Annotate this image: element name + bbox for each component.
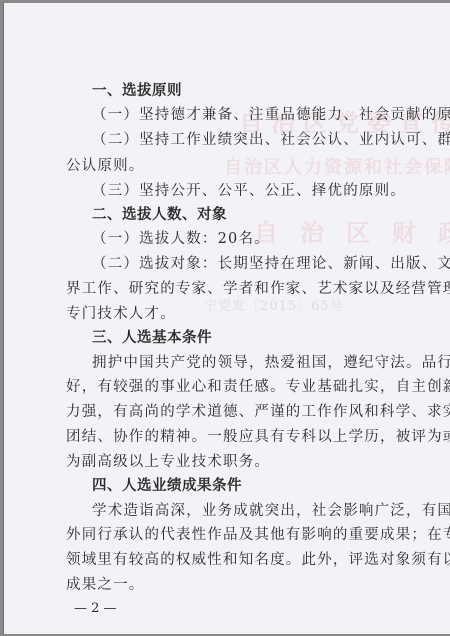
paragraph-line: 专门技术人才。 xyxy=(66,302,176,323)
section-heading: 二、选拔人数、对象 xyxy=(92,203,227,224)
paragraph-line: （一）坚持德才兼备、注重品德能力、社会贡献的原则。 xyxy=(92,103,450,124)
paragraph-line: 好，有较强的事业心和责任感。专业基础扎实，自主创新能 xyxy=(66,375,450,396)
bleed-through-text: 自治区财政厅 xyxy=(254,213,450,248)
section-heading: 三、人选基本条件 xyxy=(92,326,212,347)
paragraph-line: 为副高级以上专业技术职务。 xyxy=(66,450,270,471)
paragraph-line: （二）选拔对象：长期坚持在理论、新闻、出版、文艺 xyxy=(92,252,450,273)
document-page: 自治区党委宣传部 自治区人力资源和社会保障厅 自治区财政厅 宁党发〔2015〕6… xyxy=(3,3,450,634)
paragraph-line: 团结、协作的精神。一般应具有专科以上学历，被评为或聘 xyxy=(66,425,450,446)
paragraph-line: 界工作、研究的专家、学者和作家、艺术家以及经营管理、 xyxy=(66,277,450,298)
bleed-through-text: 自治区人力资源和社会保障厅 xyxy=(224,153,450,179)
page-number: — 2 — xyxy=(74,601,117,616)
paragraph-line: （二）坚持工作业绩突出、社会公认、业内认可、群众 xyxy=(92,128,450,149)
paragraph-line: 成果之一。 xyxy=(66,573,145,594)
section-heading: 一、选拔原则 xyxy=(92,79,182,100)
paragraph-line: 领域里有较高的权威性和知名度。此外，评选对象须有以下 xyxy=(66,548,450,569)
section-heading: 四、人选业绩成果条件 xyxy=(92,474,242,495)
paragraph-line: 公认原则。 xyxy=(66,154,145,175)
paragraph-line: 力强，有高尚的学术道德、严谨的工作作风和科学、求实、 xyxy=(66,400,450,421)
paragraph-line: （三）坚持公开、公平、公正、择优的原则。 xyxy=(92,179,406,200)
paragraph-line: 学术造诣高深，业务成就突出，社会影响广泛，有国内 xyxy=(92,499,450,520)
paragraph-line: 外同行承认的代表性作品及其他有影响的重要成果；在专业 xyxy=(66,523,450,544)
paragraph-line: （一）选拔人数：20名。 xyxy=(92,227,270,248)
paragraph-line: 拥护中国共产党的领导，热爱祖国，遵纪守法。品行良 xyxy=(92,351,450,372)
